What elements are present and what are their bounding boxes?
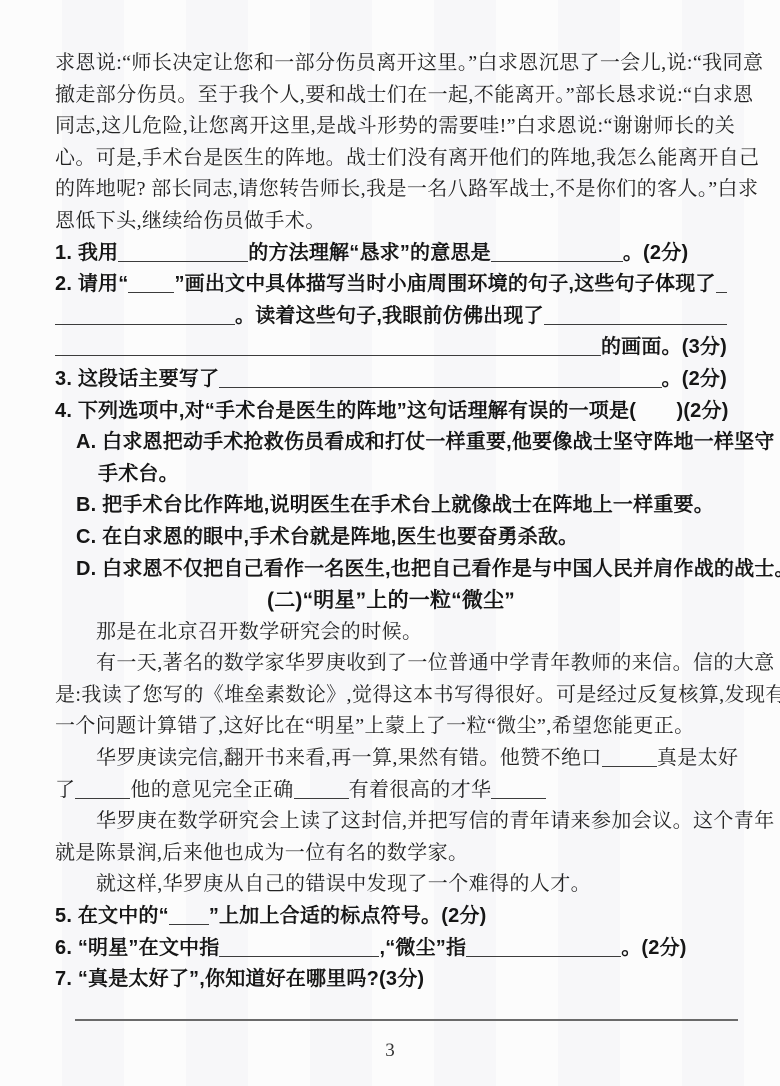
bethune-passage-line-1: 求恩说:“师长决定让您和一部分伤员离开这里。”白求恩沉思了一会儿,说:“我同意 — [55, 48, 727, 80]
mingxing-para-2-line-1: 有一天,著名的数学家华罗庚收到了一位普通中学青年教师的来信。信的大意 — [55, 648, 727, 680]
question-2-line-1-text: ”画出文中具体描写当时小庙周围环境的句子,这些句子体现了 — [174, 269, 715, 301]
answer-blank — [128, 273, 174, 293]
mingxing-para-3-line-1-text: 华罗庚读完信,翻开书来看,再一算,果然有错。他赞不绝口 — [96, 743, 602, 775]
question-1-text: 1. 我用 — [55, 238, 118, 270]
bethune-passage-line-4-text: 心。可是,手术台是医生的阵地。战士们没有离开他们的阵地,我怎么能离开自己 — [55, 143, 759, 175]
mingxing-para-2-line-1-text: 有一天,著名的数学家华罗庚收到了一位普通中学青年教师的来信。信的大意 — [96, 648, 775, 680]
question-2-line-2: 。读着这些句子,我眼前仿佛出现了 — [55, 301, 727, 333]
page-number: 3 — [0, 1040, 780, 1062]
question-2-line-1: 2. 请用“”画出文中具体描写当时小庙周围环境的句子,这些句子体现了 — [55, 269, 727, 301]
answer-blank — [294, 779, 349, 799]
question-5-text: 5. 在文中的“ — [55, 901, 169, 933]
question-4-option-d: D. 白求恩不仅把自己看作一名医生,也把自己看作是与中国人民并肩作战的战士。 — [55, 554, 727, 586]
mingxing-para-5-text: 就这样,华罗庚从自己的错误中发现了一个难得的人才。 — [96, 869, 591, 901]
section-2-title-text: (二)“明星”上的一粒“微尘” — [267, 585, 515, 617]
mingxing-para-4-line-1-text: 华罗庚在数学研究会上读了这封信,并把写信的青年请来参加会议。这个青年 — [96, 806, 775, 838]
question-1: 1. 我用的方法理解“恳求”的意思是。(2分) — [55, 238, 727, 270]
exam-page: 求恩说:“师长决定让您和一部分伤员离开这里。”白求恩沉思了一会儿,说:“我同意撤… — [0, 0, 780, 1086]
mingxing-para-3-line-1-text: 真是太好 — [657, 743, 739, 775]
mingxing-para-5: 就这样,华罗庚从自己的错误中发现了一个难得的人才。 — [55, 869, 727, 901]
answer-blank — [75, 779, 130, 799]
question-2-line-2-text: 。读着这些句子,我眼前仿佛出现了 — [235, 301, 544, 333]
question-2-line-1-text: 2. 请用“ — [55, 269, 128, 301]
question-5: 5. 在文中的“”上加上合适的标点符号。(2分) — [55, 901, 727, 933]
page-body: 求恩说:“师长决定让您和一部分伤员离开这里。”白求恩沉思了一会儿,说:“我同意撤… — [55, 48, 727, 996]
question-2-line-3: 的画面。(3分) — [55, 332, 727, 364]
question-2-line-3-text: 的画面。(3分) — [601, 332, 727, 364]
question-7: 7. “真是太好了”,你知道好在哪里吗?(3分) — [55, 964, 727, 996]
question-6-text: ,“微尘”指 — [379, 933, 466, 965]
mingxing-para-3-line-2-text: 了 — [55, 775, 75, 807]
question-4-text: 4. 下列选项中,对“手术台是医生的阵地”这句话理解有误的一项是( )(2分) — [55, 396, 729, 428]
question-4-option-a-line-1-text: A. 白求恩把动手术抢救伤员看成和打仗一样重要,他要像战士坚守阵地一样坚守 — [76, 427, 775, 459]
bethune-passage-line-4: 心。可是,手术台是医生的阵地。战士们没有离开他们的阵地,我怎么能离开自己 — [55, 143, 727, 175]
answer-blank — [602, 747, 657, 767]
question-7-text: 7. “真是太好了”,你知道好在哪里吗?(3分) — [55, 964, 424, 996]
bethune-passage-line-5-text: 的阵地呢? 部长同志,请您转告师长,我是一名八路军战士,不是你们的客人。”白求 — [55, 174, 758, 206]
answer-blank — [466, 937, 621, 957]
section-2-title: (二)“明星”上的一粒“微尘” — [55, 585, 727, 617]
answer-blank — [491, 779, 546, 799]
question-6-text: 。(2分) — [621, 933, 686, 965]
question-4-option-a-line-2-text: 手术台。 — [98, 459, 179, 491]
bethune-passage-line-6-text: 恩低下头,继续给伤员做手术。 — [55, 206, 326, 238]
question-1-text: 。(2分) — [623, 238, 688, 270]
mingxing-para-4-line-1: 华罗庚在数学研究会上读了这封信,并把写信的青年请来参加会议。这个青年 — [55, 806, 727, 838]
question-4-option-a-line-1: A. 白求恩把动手术抢救伤员看成和打仗一样重要,他要像战士坚守阵地一样坚守 — [55, 427, 727, 459]
answer-blank — [118, 242, 248, 262]
answer-blank — [219, 937, 379, 957]
answer-blank — [55, 305, 235, 325]
answer-blank — [55, 336, 601, 356]
question-4-option-b-text: B. 把手术台比作阵地,说明医生在手术台上就像战士在阵地上一样重要。 — [76, 490, 714, 522]
bethune-passage-line-1-text: 求恩说:“师长决定让您和一部分伤员离开这里。”白求恩沉思了一会儿,说:“我同意 — [55, 48, 763, 80]
question-3-text: 3. 这段话主要写了 — [55, 364, 219, 396]
bethune-passage-line-6: 恩低下头,继续给伤员做手术。 — [55, 206, 727, 238]
question-1-text: 的方法理解“恳求”的意思是 — [248, 238, 491, 270]
answer-blank — [219, 368, 661, 388]
bethune-passage-line-2: 撤走部分伤员。至于我个人,要和战士们在一起,不能离开。”部长恳求说:“白求恩 — [55, 80, 727, 112]
question-6-text: 6. “明星”在文中指 — [55, 933, 219, 965]
mingxing-para-3-line-1: 华罗庚读完信,翻开书来看,再一算,果然有错。他赞不绝口真是太好 — [55, 743, 727, 775]
question-5-text: ”上加上合适的标点符号。(2分) — [209, 901, 487, 933]
question-4-option-d-text: D. 白求恩不仅把自己看作一名医生,也把自己看作是与中国人民并肩作战的战士。 — [76, 554, 780, 586]
answer-blank — [169, 905, 209, 925]
answer-blank — [716, 273, 727, 293]
question-4-option-c: C. 在白求恩的眼中,手术台就是阵地,医生也要奋勇杀敌。 — [55, 522, 727, 554]
question-4-option-b: B. 把手术台比作阵地,说明医生在手术台上就像战士在阵地上一样重要。 — [55, 490, 727, 522]
question-4: 4. 下列选项中,对“手术台是医生的阵地”这句话理解有误的一项是( )(2分) — [55, 396, 727, 428]
bethune-passage-line-3-text: 同志,这儿危险,让您离开这里,是战斗形势的需要哇!”白求恩说:“谢谢师长的关 — [55, 111, 735, 143]
question-3: 3. 这段话主要写了。(2分) — [55, 364, 727, 396]
question-4-option-c-text: C. 在白求恩的眼中,手术台就是阵地,医生也要奋勇杀敌。 — [76, 522, 578, 554]
question-6: 6. “明星”在文中指,“微尘”指。(2分) — [55, 933, 727, 965]
mingxing-para-3-line-2-text: 有着很高的才华 — [349, 775, 492, 807]
mingxing-para-3-line-2-text: 他的意见完全正确 — [130, 775, 293, 807]
footer-divider — [75, 1019, 738, 1021]
mingxing-para-2-line-2: 是:我读了您写的《堆垒素数论》,觉得这本书写得很好。可是经过反复核算,发现有 — [55, 680, 727, 712]
question-4-option-a-line-2: 手术台。 — [55, 459, 727, 491]
bethune-passage-line-3: 同志,这儿危险,让您离开这里,是战斗形势的需要哇!”白求恩说:“谢谢师长的关 — [55, 111, 727, 143]
question-3-text: 。(2分) — [662, 364, 727, 396]
answer-blank — [491, 242, 623, 262]
answer-blank — [544, 305, 727, 325]
mingxing-para-2-line-3-text: 一个问题计算错了,这好比在“明星”上蒙上了一粒“微尘”,希望您能更正。 — [55, 711, 695, 743]
mingxing-para-2-line-3: 一个问题计算错了,这好比在“明星”上蒙上了一粒“微尘”,希望您能更正。 — [55, 711, 727, 743]
bethune-passage-line-2-text: 撤走部分伤员。至于我个人,要和战士们在一起,不能离开。”部长恳求说:“白求恩 — [55, 80, 754, 112]
mingxing-para-2-line-2-text: 是:我读了您写的《堆垒素数论》,觉得这本书写得很好。可是经过反复核算,发现有 — [55, 680, 780, 712]
mingxing-para-1-text: 那是在北京召开数学研究会的时候。 — [96, 617, 422, 649]
bethune-passage-line-5: 的阵地呢? 部长同志,请您转告师长,我是一名八路军战士,不是你们的客人。”白求 — [55, 174, 727, 206]
mingxing-para-4-line-2: 就是陈景润,后来他也成为一位有名的数学家。 — [55, 838, 727, 870]
mingxing-para-3-line-2: 了他的意见完全正确有着很高的才华 — [55, 775, 727, 807]
mingxing-para-1: 那是在北京召开数学研究会的时候。 — [55, 617, 727, 649]
mingxing-para-4-line-2-text: 就是陈景润,后来他也成为一位有名的数学家。 — [55, 838, 468, 870]
